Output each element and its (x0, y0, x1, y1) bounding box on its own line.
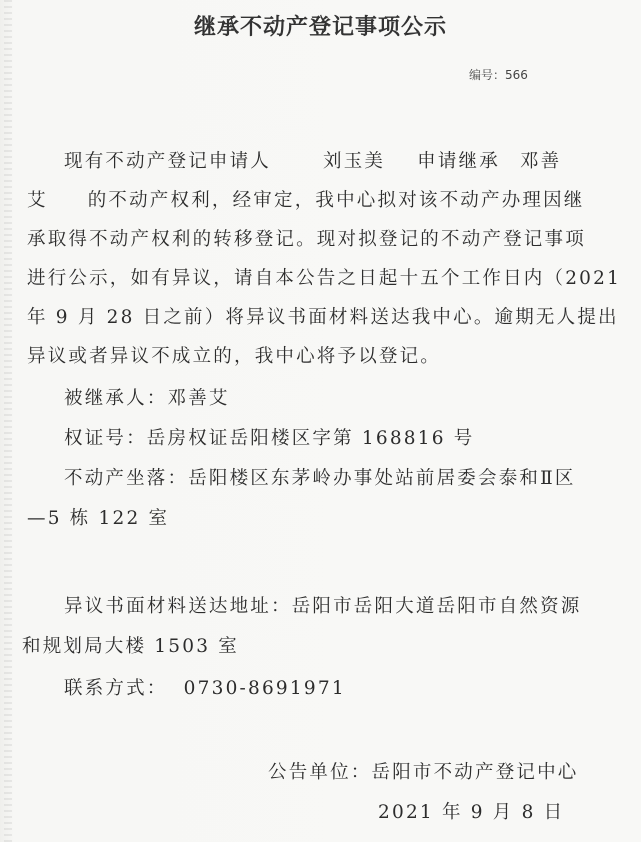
document-number: 编号：566 (469, 66, 528, 83)
body-line-1: 现有不动产登记申请人刘玉美申请继承邓善 (64, 147, 561, 173)
document-number-value: 566 (505, 68, 528, 82)
decedent-name-part: 邓善 (520, 151, 561, 172)
property-location-line-1: 不动产坐落：岳阳楼区东茅岭办事处站前居委会泰和Ⅱ区 (64, 464, 576, 490)
body-line-5: 年 9 月 28 日之前）将异议书面材料送达我中心。逾期无人提出 (27, 303, 619, 329)
document-number-label: 编号： (469, 68, 505, 82)
body-text: 的不动产权利，经审定，我中心拟对该不动产办理因继 (88, 190, 585, 211)
applicant-name: 刘玉美 (323, 151, 385, 172)
objection-address-line-2: 和规划局大楼 1503 室 (22, 632, 239, 658)
issue-date: 2021 年 9 月 8 日 (378, 798, 564, 824)
contact-phone-line: 联系方式： 0730-8691971 (64, 674, 346, 700)
body-text: 现有不动产登记申请人 (64, 151, 271, 172)
decedent-name-part: 艾 (27, 190, 48, 211)
certificate-number-line: 权证号：岳房权证岳阳楼区字第 168816 号 (64, 424, 474, 450)
decedent-line: 被继承人：邓善艾 (64, 384, 230, 410)
objection-address-line-1: 异议书面材料送达地址：岳阳市岳阳大道岳阳市自然资源 (64, 592, 582, 618)
scan-edge-marks (4, 0, 12, 842)
body-line-2: 艾的不动产权利，经审定，我中心拟对该不动产办理因继 (27, 186, 585, 212)
body-line-4: 进行公示，如有异议，请自本公告之日起十五个工作日内（2021 (27, 264, 621, 290)
body-text: 申请继承 (417, 151, 500, 172)
document-title: 继承不动产登记事项公示 (0, 10, 641, 41)
issuer-line: 公告单位：岳阳市不动产登记中心 (268, 758, 579, 784)
body-line-6: 异议或者异议不成立的，我中心将予以登记。 (27, 342, 441, 368)
document-page: 继承不动产登记事项公示 编号：566 现有不动产登记申请人刘玉美申请继承邓善 艾… (0, 0, 641, 842)
body-line-3: 承取得不动产权利的转移登记。现对拟登记的不动产登记事项 (27, 225, 586, 251)
property-location-line-2: —5 栋 122 室 (27, 504, 169, 530)
